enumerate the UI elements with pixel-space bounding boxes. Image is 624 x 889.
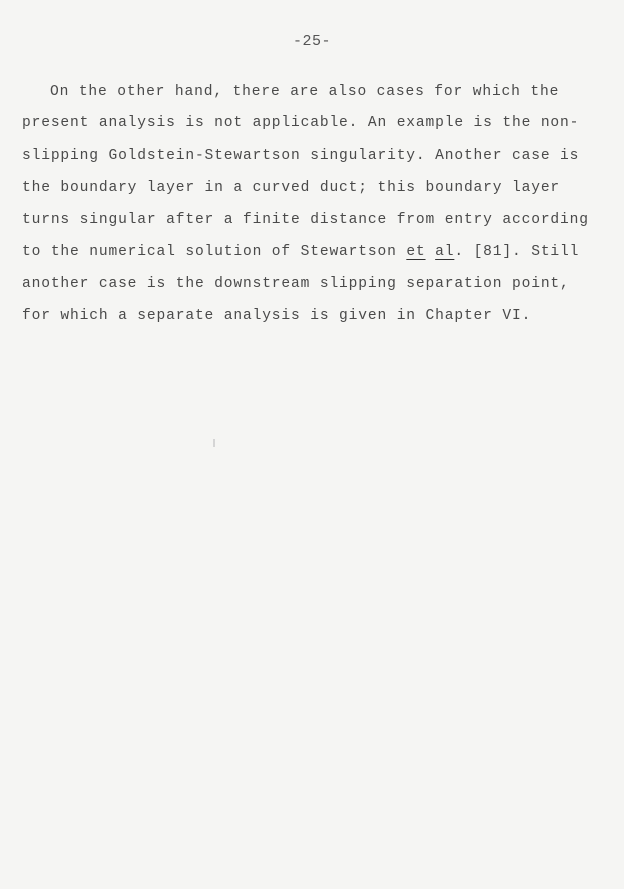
text-line-6-after: . [81]. Still: [454, 244, 579, 260]
text-line-8: for which a separate analysis is given i…: [22, 307, 531, 325]
text-line-5: turns singular after a finite distance f…: [22, 211, 589, 229]
text-line-3: slipping Goldstein-Stewartson singularit…: [22, 147, 579, 165]
citation-space: [426, 244, 436, 260]
citation-et: et: [406, 244, 425, 260]
citation-al: al: [435, 244, 454, 260]
document-page: -25- On the other hand, there are also c…: [0, 0, 624, 889]
paper-speck: [213, 439, 215, 447]
text-line-7: another case is the downstream slipping …: [22, 275, 570, 293]
text-line-2: present analysis is not applicable. An e…: [22, 114, 579, 132]
text-line-6: to the numerical solution of Stewartson …: [22, 243, 579, 261]
text-line-1: On the other hand, there are also cases …: [50, 83, 559, 101]
page-number: -25-: [0, 33, 624, 50]
text-line-6-before: to the numerical solution of Stewartson: [22, 244, 406, 260]
text-line-4: the boundary layer in a curved duct; thi…: [22, 179, 560, 197]
